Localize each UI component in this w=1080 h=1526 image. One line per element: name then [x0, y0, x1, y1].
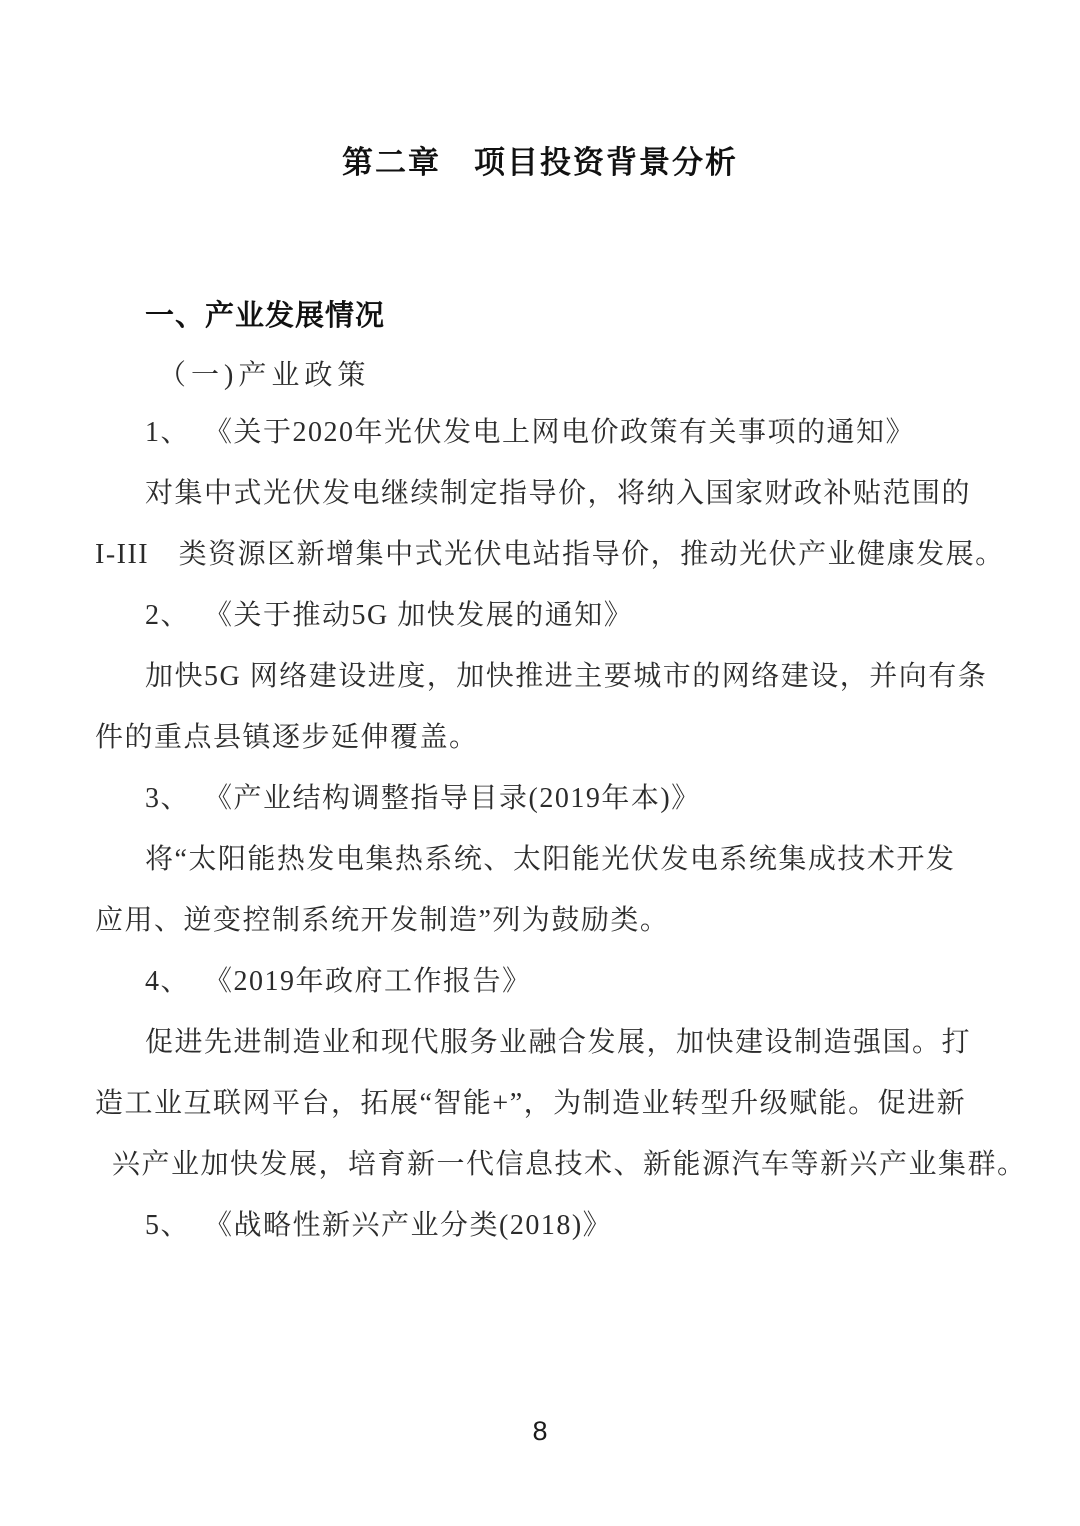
policy-body-line: 件的重点县镇逐步延伸覆盖。: [95, 719, 479, 757]
policy-body-line: 促进先进制造业和现代服务业融合发展，加快建设制造强国。打: [95, 1024, 971, 1062]
policy-item-line: 2、《关于推动5G 加快发展的通知》: [95, 597, 633, 635]
policy-body-line: 应用、逆变控制系统开发制造”列为鼓励类。: [95, 902, 669, 940]
policy-body-line: 加快5G 网络建设进度，加快推进主要城市的网络建设，并向有条: [95, 658, 987, 696]
policy-body-line: I-III 类资源区新增集中式光伏电站指导价，推动光伏产业健康发展。: [95, 536, 1005, 574]
policy-item-line: 5、《战略性新兴产业分类(2018)》: [95, 1207, 612, 1245]
policy-body-line: 将“太阳能热发电集热系统、太阳能光伏发电系统集成技术开发: [95, 841, 955, 879]
policy-body-line: 造工业互联网平台，拓展“智能+”，为制造业转型升级赋能。促进新: [95, 1085, 966, 1123]
policy-number: 5、: [145, 1210, 190, 1241]
policy-body-line: 对集中式光伏发电继续制定指导价，将纳入国家财政补贴范围的: [95, 475, 971, 513]
policy-number: 2、: [145, 600, 190, 631]
policy-item-line: 1、《关于2020年光伏发电上网电价政策有关事项的通知》: [95, 414, 915, 452]
policy-title: 《关于推动5G 加快发展的通知》: [218, 600, 633, 631]
policy-item-line: 3、《产业结构调整指导目录(2019年本)》: [95, 780, 701, 818]
policy-number: 4、: [145, 966, 190, 997]
policy-title: 《2019年政府工作报告》: [218, 966, 532, 997]
policy-number: 3、: [145, 783, 190, 814]
policy-title: 《关于2020年光伏发电上网电价政策有关事项的通知》: [218, 417, 915, 448]
policy-title: 《产业结构调整指导目录(2019年本)》: [218, 783, 701, 814]
page-number: 8: [0, 1416, 1080, 1447]
document-body: 1、《关于2020年光伏发电上网电价政策有关事项的通知》对集中式光伏发电继续制定…: [0, 0, 1080, 1526]
policy-body-line: 兴产业加快发展，培育新一代信息技术、新能源汽车等新兴产业集群。: [95, 1146, 1027, 1184]
policy-number: 1、: [145, 417, 190, 448]
document-page: 第二章 项目投资背景分析 一、产业发展情况 （一)产业政策 1、《关于2020年…: [0, 0, 1080, 1526]
policy-item-line: 4、《2019年政府工作报告》: [95, 963, 532, 1001]
policy-title: 《战略性新兴产业分类(2018)》: [218, 1210, 612, 1241]
